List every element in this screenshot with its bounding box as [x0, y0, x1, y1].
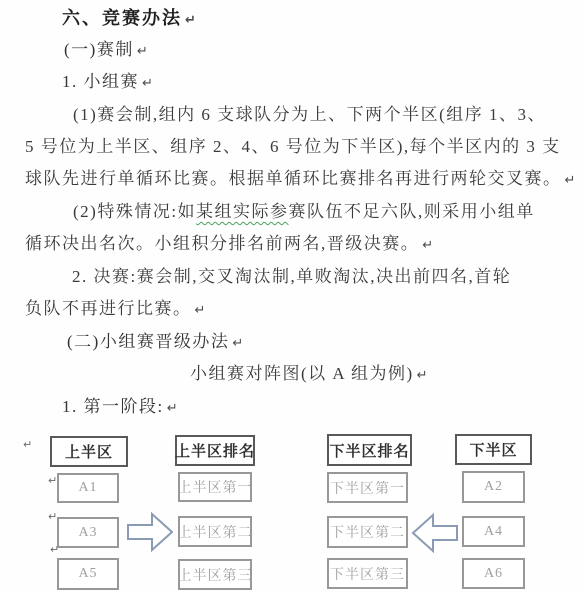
diagram-header-upper-ranking: 上半区排名 — [175, 435, 255, 466]
paragraph-mark-icon: ↵ — [167, 401, 178, 416]
body-line: 负队不再进行比赛。↵ — [25, 298, 205, 322]
diagram-cell-upper-first: 上半区第一 — [178, 472, 252, 502]
subheading-text: (二)小组赛晋级办法 — [67, 332, 229, 351]
diagram-cell-upper-third: 上半区第三 — [178, 559, 252, 590]
diagram-cell-lower-first: 下半区第一 — [327, 472, 408, 503]
subheading-line: (一)赛制↵ — [64, 39, 148, 63]
subheading-line: 1. 小组赛↵ — [62, 71, 153, 95]
diagram-cell-a3: A3 — [57, 517, 119, 548]
body-line: (2)特殊情况:如某组实际参赛队伍不足六队,则采用小组单 — [73, 201, 535, 223]
paragraph-mark-icon: ↵ — [23, 438, 32, 451]
diagram-cell-upper-second: 上半区第二 — [178, 516, 252, 547]
body-line: 2. 决赛:赛会制,交叉淘汰制,单败淘汰,决出前四名,首轮 — [72, 266, 511, 288]
body-text: 赛队伍不足六队,则采用小组单 — [289, 202, 535, 221]
grammar-flagged-text: 某组实际参 — [196, 202, 289, 221]
subheading-text: (一)赛制 — [64, 40, 134, 59]
body-line: 球队先进行单循环比赛。根据单循环比赛排名再进行两轮交叉赛。↵ — [25, 168, 575, 192]
body-text: (1)赛会制,组内 6 支球队分为上、下两个半区(组序 1、3、 — [73, 105, 546, 124]
paragraph-mark-icon: ↵ — [417, 368, 428, 383]
stage-label-text: 1. 第一阶段: — [62, 397, 164, 416]
paragraph-mark-icon: ↵ — [50, 543, 59, 556]
diagram-header-lower-ranking: 下半区排名 — [327, 434, 412, 466]
body-line: 循环决出名次。小组积分排名前两名,晋级决赛。↵ — [25, 233, 433, 257]
body-text: 循环决出名次。小组积分排名前两名,晋级决赛。 — [25, 234, 419, 253]
body-text: 5 号位为上半区、组序 2、4、6 号位为下半区),每个半区内的 3 支 — [25, 137, 561, 156]
body-text: 球队先进行单循环比赛。根据单循环比赛排名再进行两轮交叉赛。 — [25, 169, 562, 188]
section-heading-text: 六、竞赛办法 — [62, 8, 182, 28]
diagram-cell-a1: A1 — [57, 473, 119, 503]
subheading-line: (二)小组赛晋级办法↵ — [67, 331, 243, 355]
diagram-header-lower-half: 下半区 — [455, 434, 532, 465]
arrow-left-icon — [411, 513, 458, 553]
subheading-text: 1. 小组赛 — [62, 72, 139, 91]
section-heading: 六、竞赛办法↵ — [62, 7, 196, 32]
document-page: 六、竞赛办法↵ (一)赛制↵ 1. 小组赛↵ (1)赛会制,组内 6 支球队分为… — [0, 0, 586, 592]
diagram-cell-a4: A4 — [462, 516, 525, 547]
diagram-cell-a5: A5 — [57, 558, 119, 590]
diagram-cell-lower-third: 下半区第三 — [327, 558, 408, 589]
paragraph-mark-icon: ↵ — [137, 44, 148, 59]
arrow-right-icon — [127, 512, 173, 552]
paragraph-mark-icon: ↵ — [48, 510, 57, 523]
paragraph-mark-icon: ↵ — [185, 13, 196, 28]
diagram-caption: 小组赛对阵图(以 A 组为例)↵ — [190, 363, 428, 387]
paragraph-mark-icon: ↵ — [142, 76, 153, 91]
body-line: 5 号位为上半区、组序 2、4、6 号位为下半区),每个半区内的 3 支 — [25, 136, 561, 158]
stage-label-line: 1. 第一阶段:↵ — [62, 396, 178, 420]
diagram-cell-lower-second: 下半区第二 — [327, 516, 408, 548]
body-text: (2)特殊情况:如 — [73, 202, 196, 221]
body-line: (1)赛会制,组内 6 支球队分为上、下两个半区(组序 1、3、 — [73, 104, 546, 126]
body-text: 负队不再进行比赛。 — [25, 299, 192, 318]
diagram-cell-a2: A2 — [462, 471, 525, 503]
paragraph-mark-icon: ↵ — [48, 474, 57, 487]
body-text: 2. 决赛:赛会制,交叉淘汰制,单败淘汰,决出前四名,首轮 — [72, 267, 511, 286]
paragraph-mark-icon: ↵ — [565, 173, 576, 188]
diagram-cell-a6: A6 — [462, 558, 525, 589]
paragraph-mark-icon: ↵ — [232, 336, 243, 351]
diagram-header-upper-half: 上半区 — [50, 436, 128, 467]
paragraph-mark-icon: ↵ — [422, 238, 433, 253]
diagram-caption-text: 小组赛对阵图(以 A 组为例) — [190, 364, 414, 383]
paragraph-mark-icon: ↵ — [195, 303, 206, 318]
